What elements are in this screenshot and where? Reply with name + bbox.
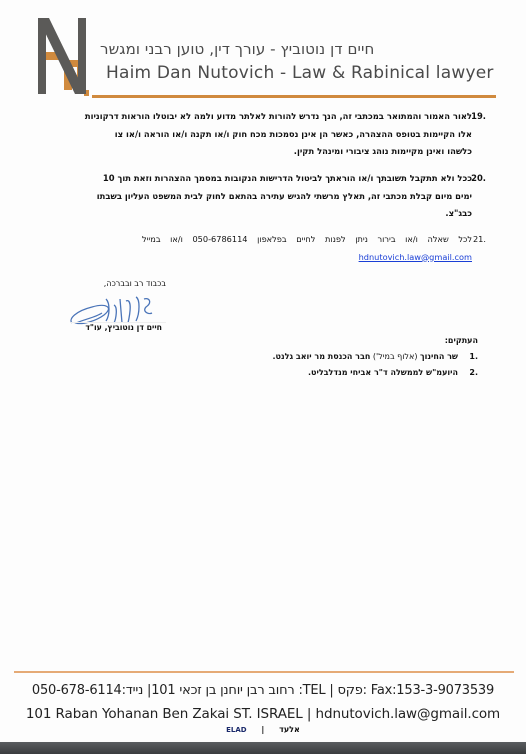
letter-page: חיים דן נוטוביץ - עורך דין, טוען רבני ומ…: [0, 0, 526, 742]
city-separator: |: [261, 725, 264, 734]
city-english: ELAD: [226, 726, 246, 734]
copy-recipient: 1. שר החינוך (אלוף במיל') חבר הכנסת מר י…: [218, 349, 478, 365]
paragraph-number: 19.: [471, 108, 486, 126]
email-link[interactable]: hdnutovich.law@gmail.com: [359, 252, 472, 262]
signer-name: חיים דן נוטוביץ, עו"ד: [85, 323, 162, 332]
closing-greeting: בכבוד רב ובברכה,: [104, 279, 166, 288]
letterhead-english-name: Haim Dan Nutovich - Law & Rabinical lawy…: [106, 63, 494, 83]
paragraph-line: כלשהו ואינן מקיימות נוהג ציבורי ומינהל ת…: [76, 143, 486, 161]
copy-recipient-title: היועמ"ש לממשלה ד"ר אביחי מנדלבליט.: [308, 368, 458, 377]
paragraph-19: 19. לאור האמור והמתואר במכתבי זה, הנך נד…: [76, 108, 486, 161]
hn-monogram-logo-icon: [36, 16, 90, 98]
copy-number: 1.: [469, 349, 478, 365]
paragraph-line: לאור האמור והמתואר במכתבי זה, הנך נדרש ל…: [76, 108, 486, 126]
copy-recipient-name: חבר הכנסת מר יואב גלנט.: [273, 352, 371, 361]
copies-title: העתקים:: [218, 333, 478, 349]
paragraph-line: לכל שאלה ו/או בירור ניתן לפנות לחיים בפל…: [76, 231, 486, 249]
paragraph-line: כבג"צ.: [76, 205, 486, 223]
copy-recipient-title: שר החינוך: [420, 352, 458, 361]
paragraph-line: אלו הקיימות בטופס ההצהרה, כאשר הן אינן נ…: [76, 126, 486, 144]
paragraph-line: ככל ולא תתקבל תשובתך ו/או הוראתך לביטול …: [76, 170, 486, 188]
copy-recipient-note: (אלוף במיל'): [370, 352, 420, 361]
paragraph-number: 20.: [471, 170, 486, 188]
paragraph-number: 21.: [473, 231, 486, 249]
footer-contact-hebrew: רחוב רבן יוחנן בן זכאי 101| נייד:050-678…: [0, 683, 526, 698]
footer-divider: [14, 671, 514, 673]
paragraph-20: 20. ככל ולא תתקבל תשובתך ו/או הוראתך לבי…: [76, 170, 486, 223]
viewer-bottom-bar: [0, 742, 526, 754]
letterhead-hebrew-name: חיים דן נוטוביץ - עורך דין, טוען רבני ומ…: [100, 40, 430, 58]
paragraph-line: ימים מיום קבלת מכתבי זה, תאלץ מרשתי להגי…: [76, 188, 486, 206]
copy-number: 2.: [469, 365, 478, 381]
footer-contact-english: 101 Raban Yohanan Ben Zakai ST. ISRAEL |…: [0, 706, 526, 722]
footer-city: ELAD | אלעד: [0, 725, 526, 734]
letterhead-divider: [92, 95, 496, 98]
paragraph-21: 21. לכל שאלה ו/או בירור ניתן לפנות לחיים…: [76, 231, 486, 266]
copy-recipient: 2. היועמ"ש לממשלה ד"ר אביחי מנדלבליט.: [218, 365, 478, 381]
copies-section: העתקים: 1. שר החינוך (אלוף במיל') חבר הכ…: [218, 333, 478, 381]
city-hebrew: אלעד: [279, 725, 300, 734]
